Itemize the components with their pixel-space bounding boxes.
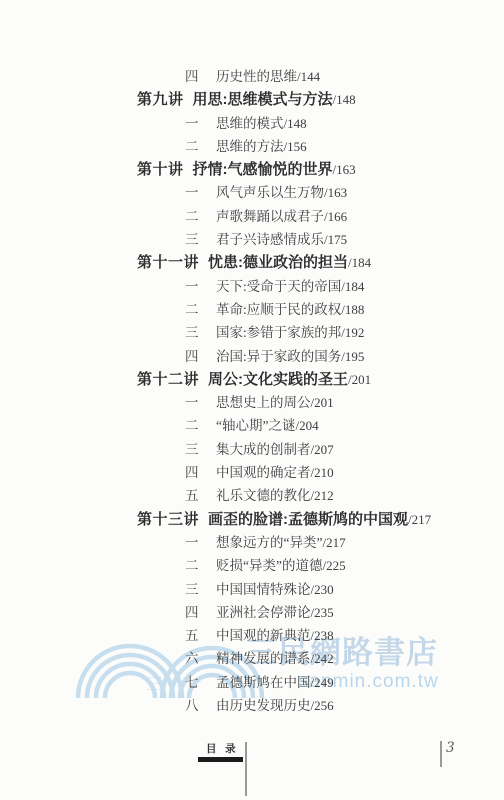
- item-title: 中国观的确定者: [216, 465, 311, 480]
- item-pageref: /207: [311, 442, 334, 457]
- item-number: 五: [185, 484, 216, 507]
- chapter-label: 第十三讲: [137, 511, 199, 528]
- toc-item-row: 七孟德斯鸠在中国/249: [0, 671, 504, 694]
- item-pageref: /238: [311, 628, 334, 643]
- item-pageref: /225: [322, 558, 345, 573]
- toc-item-row: 五中国观的新典范/238: [0, 624, 504, 647]
- item-title: 由历史发现历史: [216, 698, 311, 713]
- item-number: 七: [185, 671, 216, 694]
- chapter-title: 抒情:气感愉悦的世界: [193, 161, 333, 178]
- toc-item-row: 四历史性的思维/144: [0, 65, 504, 88]
- item-title: 君子兴诗感情成乐: [216, 232, 324, 247]
- item-title: 亚洲社会停滞论: [216, 605, 311, 620]
- toc-item-row: 四中国观的确定者/210: [0, 461, 504, 484]
- chapter-pageref: /217: [408, 512, 431, 527]
- item-pageref: /217: [322, 535, 345, 550]
- item-number: 二: [185, 135, 216, 158]
- item-pageref: /195: [341, 349, 364, 364]
- toc-item-row: 三国家:参错于家族的邦/192: [0, 321, 504, 344]
- item-number: 三: [185, 228, 216, 251]
- item-title: 思维的方法: [216, 139, 284, 154]
- toc-chapter-row: 第九讲用思:思维模式与方法/148: [0, 88, 504, 111]
- item-title: “轴心期”之谜: [216, 418, 295, 433]
- chapter-title: 画歪的脸谱:孟德斯鸠的中国观: [208, 511, 408, 528]
- footer-rule: [198, 757, 243, 762]
- item-number: 四: [185, 345, 216, 368]
- item-title: 想象远方的“异类”: [216, 535, 322, 550]
- item-number: 一: [185, 275, 216, 298]
- item-number: 一: [185, 112, 216, 135]
- toc-item-row: 一想象远方的“异类”/217: [0, 531, 504, 554]
- item-pageref: /210: [311, 465, 334, 480]
- chapter-pageref: /148: [333, 92, 356, 107]
- chapter-pageref: /163: [333, 162, 356, 177]
- item-number: 一: [185, 391, 216, 414]
- item-pageref: /212: [311, 488, 334, 503]
- item-title: 风气声乐以生万物: [216, 185, 324, 200]
- item-number: 五: [185, 624, 216, 647]
- toc-item-row: 三中国国情特殊论/230: [0, 578, 504, 601]
- chapter-label: 第十一讲: [137, 254, 199, 271]
- toc-chapter-row: 第十三讲画歪的脸谱:孟德斯鸠的中国观/217: [0, 508, 504, 531]
- toc-item-row: 六精神发展的谱系/242: [0, 647, 504, 670]
- chapter-title: 忧患:德业政治的担当: [208, 254, 348, 271]
- item-title: 孟德斯鸠在中国: [216, 675, 311, 690]
- footer-divider-left: [245, 742, 247, 796]
- item-pageref: /163: [324, 185, 347, 200]
- item-pageref: /249: [311, 675, 334, 690]
- item-title: 治国:异于家政的国务: [216, 349, 341, 364]
- item-title: 精神发展的谱系: [216, 651, 311, 666]
- toc-item-row: 三君子兴诗感情成乐/175: [0, 228, 504, 251]
- toc-item-row: 二声歌舞踊以成君子/166: [0, 205, 504, 228]
- item-pageref: /204: [295, 418, 318, 433]
- item-title: 思维的模式: [216, 116, 284, 131]
- item-number: 二: [185, 205, 216, 228]
- footer-divider-right: [440, 741, 442, 767]
- item-title: 中国观的新典范: [216, 628, 311, 643]
- item-number: 一: [185, 181, 216, 204]
- item-pageref: /192: [341, 325, 364, 340]
- toc-item-row: 一思想史上的周公/201: [0, 391, 504, 414]
- item-number: 二: [185, 554, 216, 577]
- item-title: 国家:参错于家族的邦: [216, 325, 341, 340]
- item-pageref: /230: [311, 582, 334, 597]
- toc-chapter-row: 第十一讲忧患:德业政治的担当/184: [0, 251, 504, 274]
- item-title: 礼乐文德的教化: [216, 488, 311, 503]
- item-pageref: /256: [311, 698, 334, 713]
- item-title: 天下:受命于天的帝国: [216, 279, 341, 294]
- item-pageref: /144: [297, 69, 320, 84]
- item-pageref: /166: [324, 209, 347, 224]
- chapter-pageref: /184: [348, 255, 371, 270]
- item-number: 三: [185, 578, 216, 601]
- item-title: 中国国情特殊论: [216, 582, 311, 597]
- book-toc-page: 三 三民網路書店 sanmin.com.tw 四历史性的思维/144第九讲用思:…: [0, 0, 504, 800]
- chapter-title: 用思:思维模式与方法: [193, 91, 333, 108]
- toc-item-row: 四亚洲社会停滞论/235: [0, 601, 504, 624]
- item-number: 六: [185, 647, 216, 670]
- toc-item-row: 三集大成的创制者/207: [0, 438, 504, 461]
- item-title: 历史性的思维: [216, 69, 297, 84]
- item-title: 思想史上的周公: [216, 395, 311, 410]
- item-title: 贬损“异类”的道德: [216, 558, 322, 573]
- toc-item-row: 一风气声乐以生万物/163: [0, 181, 504, 204]
- footer-section-label: 目 录: [206, 741, 239, 756]
- item-title: 声歌舞踊以成君子: [216, 209, 324, 224]
- item-number: 四: [185, 461, 216, 484]
- item-number: 一: [185, 531, 216, 554]
- item-pageref: /235: [311, 605, 334, 620]
- toc-item-row: 八由历史发现历史/256: [0, 694, 504, 717]
- item-number: 三: [185, 438, 216, 461]
- item-pageref: /156: [284, 139, 307, 154]
- toc-item-row: 二“轴心期”之谜/204: [0, 414, 504, 437]
- toc-item-row: 五礼乐文德的教化/212: [0, 484, 504, 507]
- item-number: 三: [185, 321, 216, 344]
- toc-item-row: 二贬损“异类”的道德/225: [0, 554, 504, 577]
- page-number: 3: [446, 740, 455, 756]
- chapter-label: 第十二讲: [137, 371, 199, 388]
- item-pageref: /184: [341, 279, 364, 294]
- chapter-label: 第九讲: [137, 91, 184, 108]
- item-number: 二: [185, 414, 216, 437]
- item-title: 革命:应顺于民的政权: [216, 302, 341, 317]
- toc-item-row: 二革命:应顺于民的政权/188: [0, 298, 504, 321]
- toc-chapter-row: 第十讲抒情:气感愉悦的世界/163: [0, 158, 504, 181]
- toc-item-row: 四治国:异于家政的国务/195: [0, 345, 504, 368]
- item-pageref: /188: [341, 302, 364, 317]
- item-number: 四: [185, 601, 216, 624]
- item-number: 八: [185, 694, 216, 717]
- item-pageref: /175: [324, 232, 347, 247]
- item-number: 二: [185, 298, 216, 321]
- item-pageref: /242: [311, 651, 334, 666]
- chapter-pageref: /201: [348, 372, 371, 387]
- chapter-label: 第十讲: [137, 161, 184, 178]
- item-number: 四: [185, 65, 216, 88]
- toc-item-row: 一思维的模式/148: [0, 112, 504, 135]
- toc-item-row: 二思维的方法/156: [0, 135, 504, 158]
- chapter-title: 周公:文化实践的圣王: [208, 371, 348, 388]
- table-of-contents: 四历史性的思维/144第九讲用思:思维模式与方法/148一思维的模式/148二思…: [0, 65, 504, 717]
- item-title: 集大成的创制者: [216, 442, 311, 457]
- item-pageref: /201: [311, 395, 334, 410]
- item-pageref: /148: [284, 116, 307, 131]
- toc-chapter-row: 第十二讲周公:文化实践的圣王/201: [0, 368, 504, 391]
- toc-item-row: 一天下:受命于天的帝国/184: [0, 275, 504, 298]
